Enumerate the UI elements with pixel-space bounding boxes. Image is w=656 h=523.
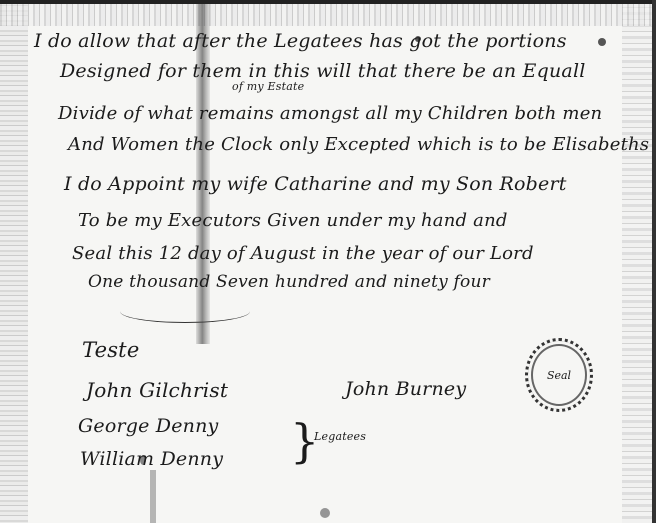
ink-spot xyxy=(598,38,606,46)
will-line-4: And Women the Clock only Excepted which … xyxy=(68,134,649,155)
paper-edge-left xyxy=(0,0,28,523)
paper-edge-right xyxy=(622,0,652,523)
paper-edge-top xyxy=(0,4,652,26)
scan-border-right xyxy=(652,0,656,523)
paper-fold-stain-lower xyxy=(150,470,156,523)
scan-border-top xyxy=(0,0,656,4)
interlineation: of my Estate xyxy=(232,80,304,93)
will-line-3: Divide of what remains amongst all my Ch… xyxy=(58,103,602,124)
witness-signature-2: George Denny xyxy=(78,415,218,437)
seal-label: Seal xyxy=(547,369,571,382)
pen-flourish xyxy=(120,300,250,323)
testator-signature: John Burney xyxy=(345,378,466,400)
wax-seal-drawing: Seal xyxy=(525,338,593,412)
witness-signature-3: William Denny xyxy=(80,448,223,470)
ink-blot xyxy=(320,508,330,518)
teste-label: Teste xyxy=(82,338,139,362)
will-line-5: I do Appoint my wife Catharine and my So… xyxy=(64,173,567,195)
will-line-2: Designed for them in this will that ther… xyxy=(60,60,586,82)
witness-signature-1: John Gilchrist xyxy=(86,378,228,402)
will-line-7: Seal this 12 day of August in the year o… xyxy=(72,243,534,264)
will-line-8: One thousand Seven hundred and ninety fo… xyxy=(88,272,490,292)
will-line-1: I do allow that after the Legatees has g… xyxy=(34,30,567,52)
will-line-6: To be my Executors Given under my hand a… xyxy=(78,210,508,231)
scanned-document-page: I do allow that after the Legatees has g… xyxy=(0,0,656,523)
witness-note: Legatees xyxy=(314,430,366,443)
